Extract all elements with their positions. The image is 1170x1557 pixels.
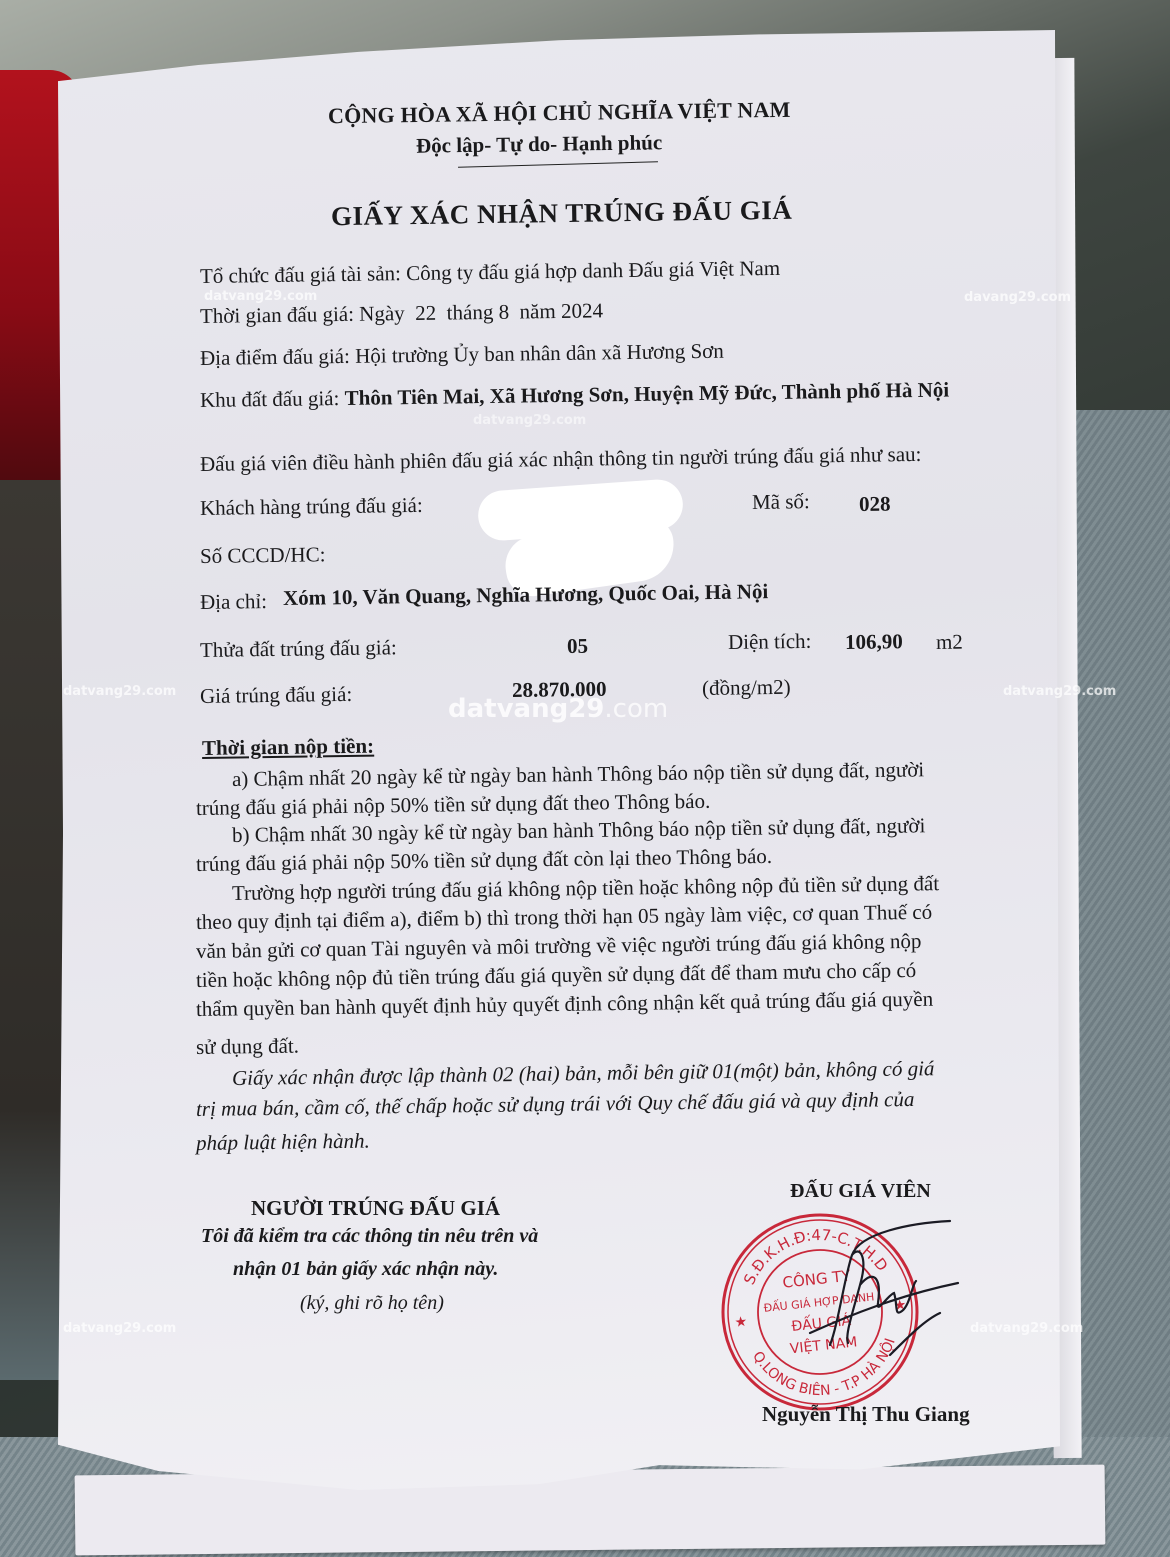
winner-sign-instruction: (ký, ghi rõ họ tên)	[300, 1292, 444, 1315]
watermark: datvang29.com	[970, 1321, 1083, 1336]
note-line-2: trị mua bán, cầm cố, thế chấp hoặc sử dụ…	[196, 1087, 915, 1122]
motto: Độc lập- Tự do- Hạnh phúc	[416, 130, 663, 158]
auctioneer-title: ĐẤU GIÁ VIÊN	[790, 1180, 931, 1203]
area-label: Diện tích:	[728, 629, 812, 655]
auctioneer-signature	[790, 1215, 960, 1365]
area-value: 106,90	[845, 629, 903, 655]
organizer-label: Tổ chức đấu giá tài sản:	[200, 261, 401, 288]
payment-line-a2: trúng đấu giá phải nộp 50% tiền sử dụng …	[196, 789, 711, 821]
payment-line-c6: sử dụng đất.	[196, 1034, 299, 1060]
payment-line-c5: thẩm quyền ban hành quyết định hủy quyết…	[196, 987, 933, 1022]
area-unit: m2	[936, 630, 963, 655]
stamp-star-left-icon: ★	[734, 1315, 748, 1331]
watermark: datvang29.com	[204, 289, 317, 304]
price-unit: (đồng/m2)	[702, 675, 791, 701]
price-label: Giá trúng đấu giá:	[200, 682, 353, 709]
time-value: Ngày 22 tháng 8 năm 2024	[359, 298, 603, 325]
code-label: Mã số:	[752, 489, 810, 515]
location-row: Địa điểm đấu giá: Hội trường Ủy ban nhân…	[200, 339, 724, 371]
note-line-1: Giấy xác nhận được lập thành 02 (hai) bả…	[232, 1056, 935, 1091]
winner-statement-2: nhận 01 bản giấy xác nhận này.	[233, 1258, 498, 1281]
plot-label: Thửa đất trúng đấu giá:	[200, 635, 397, 663]
id-label: Số CCCD/HC:	[200, 542, 326, 569]
document-content: CỘNG HÒA XÃ HỘI CHỦ NGHĨA VIỆT NAM Độc l…	[0, 0, 1170, 1557]
organizer-row: Tổ chức đấu giá tài sản: Công ty đấu giá…	[200, 256, 780, 289]
document-title: GIẤY XÁC NHẬN TRÚNG ĐẤU GIÁ	[331, 195, 793, 232]
winner-statement-1: Tôi đã kiểm tra các thông tin nêu trên v…	[201, 1225, 538, 1248]
payment-line-a1: a) Chậm nhất 20 ngày kể từ ngày ban hành…	[232, 757, 925, 792]
nation-heading: CỘNG HÒA XÃ HỘI CHỦ NGHĨA VIỆT NAM	[328, 97, 791, 129]
land-area-value: Thôn Tiên Mai, Xã Hương Sơn, Huyện Mỹ Đứ…	[344, 378, 949, 410]
intro-text: Đấu giá viên điều hành phiên đấu giá xác…	[200, 442, 922, 477]
plot-value: 05	[567, 634, 588, 659]
note-line-3: pháp luật hiện hành.	[196, 1129, 370, 1156]
land-area-label: Khu đất đấu giá:	[200, 386, 340, 412]
motto-underline	[458, 161, 658, 168]
watermark: datvang29.com	[473, 413, 586, 428]
location-value: Hội trường Ủy ban nhân dân xã Hương Sơn	[355, 339, 724, 368]
payment-line-b2: trúng đấu giá phải nộp 50% tiền sử dụng …	[196, 844, 772, 877]
address-value: Xóm 10, Văn Quang, Nghĩa Hương, Quốc Oai…	[283, 579, 769, 611]
winner-signature-title: NGƯỜI TRÚNG ĐẤU GIÁ	[251, 1196, 500, 1221]
location-label: Địa điểm đấu giá:	[200, 344, 350, 370]
customer-label: Khách hàng trúng đấu giá:	[200, 493, 423, 521]
watermark-large: datvang29.com	[448, 694, 668, 724]
address-label: Địa chỉ:	[200, 589, 267, 615]
organizer-value: Công ty đấu giá hợp danh Đấu giá Việt Na…	[406, 256, 780, 285]
watermark: datvang29.com	[63, 1321, 176, 1336]
land-area-row: Khu đất đấu giá: Thôn Tiên Mai, Xã Hương…	[200, 378, 949, 413]
watermark: davang29.com	[964, 290, 1071, 305]
watermark: datvang29.com	[1003, 684, 1116, 699]
payment-heading: Thời gian nộp tiền:	[202, 734, 374, 761]
auctioneer-name: Nguyễn Thị Thu Giang	[762, 1402, 970, 1427]
time-label: Thời gian đấu giá:	[200, 302, 354, 328]
watermark: datvang29.com	[63, 684, 176, 699]
code-value: 028	[859, 492, 891, 517]
